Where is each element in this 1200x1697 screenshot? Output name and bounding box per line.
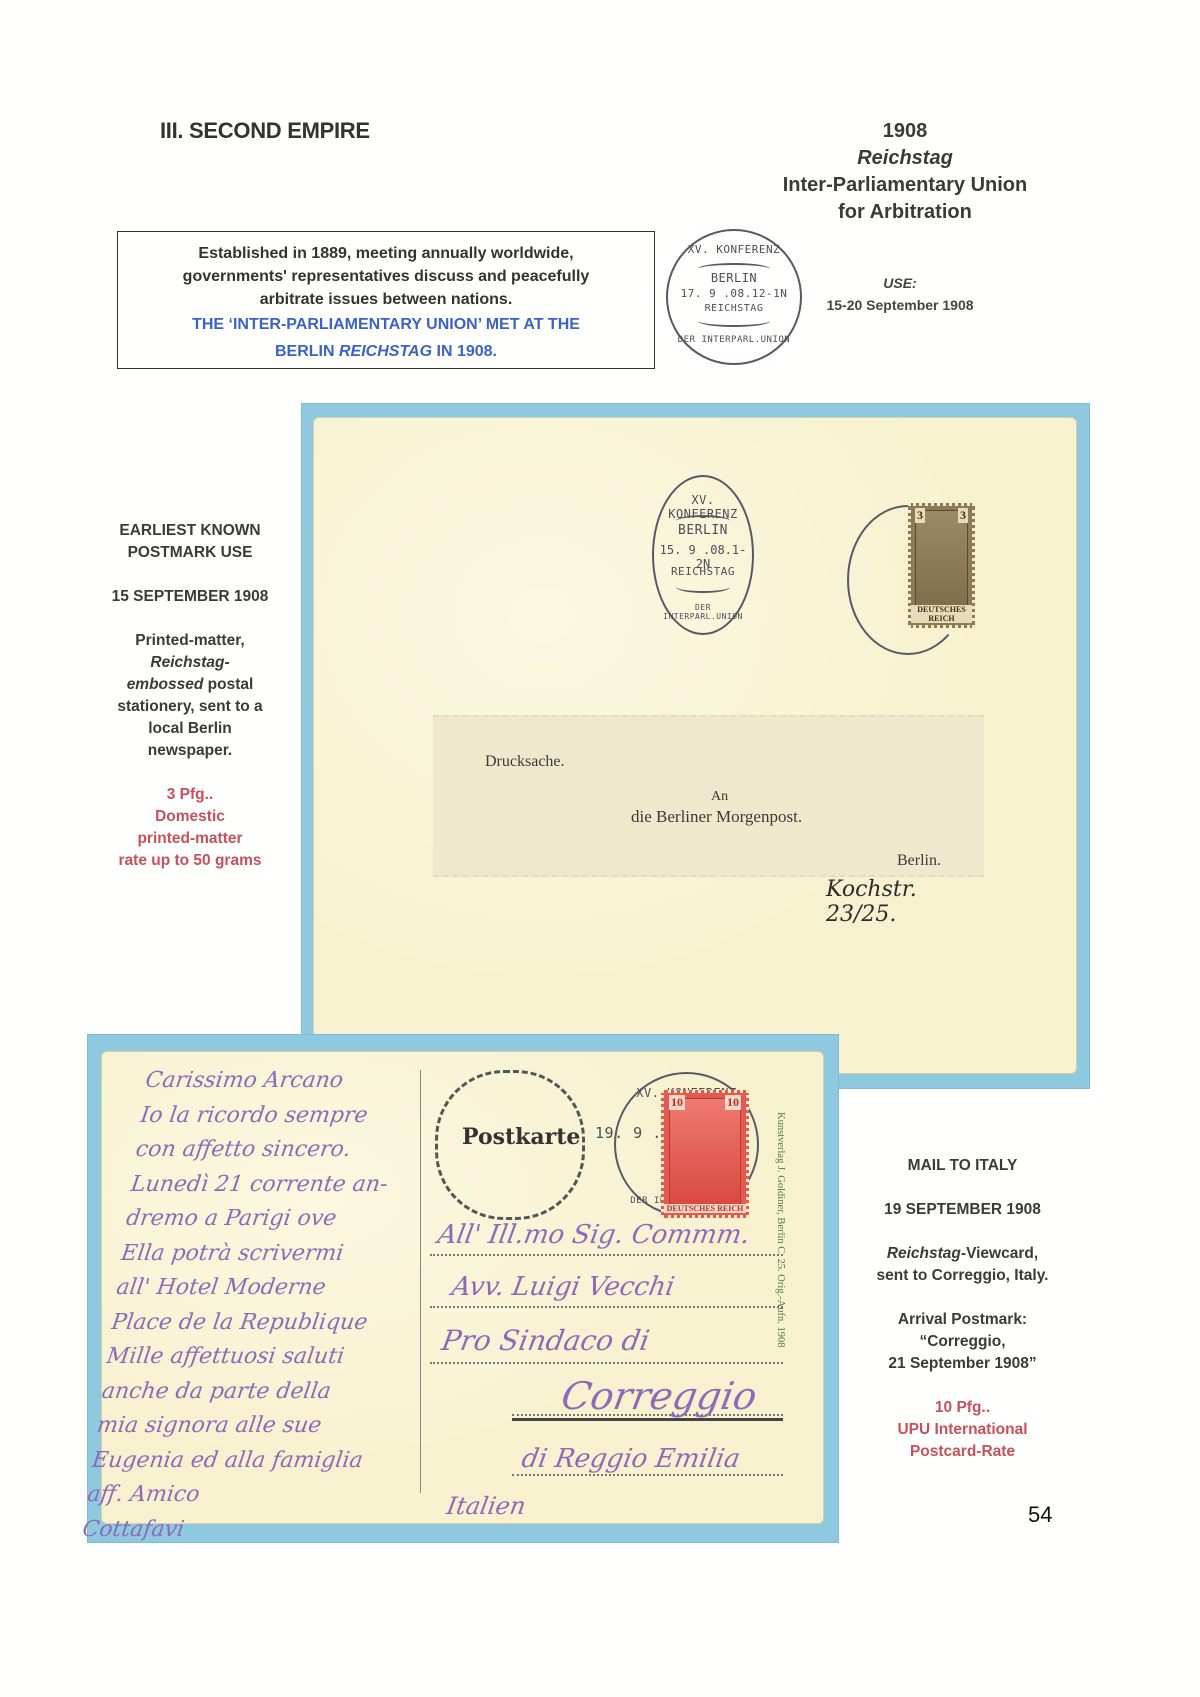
caption-rate: Postcard-Rate <box>855 1441 1070 1463</box>
caption-desc: newspaper. <box>85 740 295 762</box>
message-line: Io la ricordo sempre <box>138 1099 443 1134</box>
section-title: III. SECOND EMPIRE <box>160 118 370 144</box>
message-line: Place de la Republique <box>109 1306 414 1341</box>
message-line: mia signora alle sue <box>95 1409 400 1444</box>
label-to: An <box>711 789 728 805</box>
stamp-value: 3 <box>958 508 968 523</box>
stamp-country: DEUTSCHES REICH <box>664 1204 746 1213</box>
message-line: Carissimo Arcano <box>143 1064 448 1099</box>
postmark-icon: XV. KONFERENZ BERLIN 17. 9 .08.12-1N REI… <box>666 229 802 365</box>
caption-desc: Printed-matter, <box>85 630 295 652</box>
postcard-mount: Carissimo ArcanoIo la ricordo semprecon … <box>87 1034 839 1543</box>
caption-desc: stationery, sent to a <box>85 696 295 718</box>
caption-rate: Domestic <box>85 806 295 828</box>
postmark-place: REICHSTAG <box>668 303 800 314</box>
address-label: Drucksache. An die Berliner Morgenpost. … <box>433 715 984 877</box>
postcard: Carissimo ArcanoIo la ricordo semprecon … <box>101 1051 824 1524</box>
caption-arrival: Arrival Postmark: <box>855 1309 1070 1331</box>
message-line: aff. Amico <box>85 1478 390 1513</box>
envelope-mount: XV. KONFERENZ BERLIN 15. 9 .08.1-2N REIC… <box>301 403 1090 1089</box>
stamp-value: 10 <box>669 1095 685 1110</box>
caption-desc: embossed postal <box>85 674 295 696</box>
caption-rate: 10 Pfg.. <box>855 1397 1070 1419</box>
info-line: Established in 1889, meeting annually wo… <box>118 242 654 265</box>
caption-desc: local Berlin <box>85 718 295 740</box>
address-handwriting: All' Ill.mo Sig. Commm. <box>435 1220 752 1250</box>
caption-date: 15 SEPTEMBER 1908 <box>85 586 295 608</box>
caption-arrival: 21 September 1908” <box>855 1353 1070 1375</box>
address-line <box>512 1474 783 1476</box>
stamp-country: DEUTSCHES REICH <box>911 605 972 623</box>
postmark-top-text: XV. KONFERENZ <box>668 243 800 256</box>
caption-title: POSTMARK USE <box>85 542 295 564</box>
caption-italic: Reichstag <box>887 1245 961 1262</box>
publisher-imprint: Kunstverlag J. Goldiner, Berlin C. 25. O… <box>774 1112 786 1472</box>
caption-arrival: “Correggio, <box>855 1331 1070 1353</box>
stamp-value: 3 <box>915 508 925 523</box>
page-number: 54 <box>1028 1502 1052 1528</box>
card-divider <box>420 1070 421 1493</box>
caption-text: -Viewcard, <box>961 1245 1038 1262</box>
heading-year: 1908 <box>740 118 1070 145</box>
info-highlight: BERLIN REICHSTAG IN 1908. <box>118 338 654 365</box>
caption-text: postal <box>203 676 253 693</box>
message-line: anche da parte della <box>99 1375 404 1410</box>
address-handwriting: di Reggio Emilia <box>519 1444 742 1474</box>
page-heading: 1908 Reichstag Inter-Parliamentary Union… <box>740 118 1070 226</box>
caption-title: MAIL TO ITALY <box>855 1155 1070 1177</box>
stamp-3-pfennig-icon: 3 3 DEUTSCHES REICH <box>908 503 975 628</box>
stamp-10-pfennig-icon: 10 10 DEUTSCHES REICH <box>661 1090 749 1218</box>
postmark-bottom-text: DER INTERPARL.UNION <box>654 603 752 621</box>
caption-desc: Reichstag-Viewcard, <box>855 1243 1070 1265</box>
caption-title: EARLIEST KNOWN <box>85 520 295 542</box>
postmark-place: REICHSTAG <box>654 565 752 578</box>
address-handwriting: Avv. Luigi Vecchi <box>449 1272 676 1302</box>
postmark-city: BERLIN <box>668 271 800 285</box>
caption-desc: Reichstag- <box>85 652 295 674</box>
caption-desc: sent to Correggio, Italy. <box>855 1265 1070 1287</box>
address-line <box>430 1306 783 1308</box>
envelope-caption: EARLIEST KNOWN POSTMARK USE 15 SEPTEMBER… <box>85 520 295 872</box>
caption-date: 19 SEPTEMBER 1908 <box>855 1199 1070 1221</box>
info-line: governments' representatives discuss and… <box>118 265 654 288</box>
label-addressee: die Berliner Morgenpost. <box>631 807 802 827</box>
message-line: Lunedì 21 corrente an- <box>129 1168 434 1203</box>
info-highlight: THE ‘INTER-PARLIAMENTARY UNION’ MET AT T… <box>118 311 654 338</box>
message-line: Cottafavi <box>80 1513 385 1548</box>
address-handwriting: Pro Sindaco di <box>439 1324 652 1357</box>
stamp-value: 10 <box>725 1095 741 1110</box>
info-box: Established in 1889, meeting annually wo… <box>117 231 655 369</box>
caption-italic: embossed <box>127 676 204 693</box>
message-line: Mille affettuosi saluti <box>104 1340 409 1375</box>
caption-rate: UPU International <box>855 1419 1070 1441</box>
message-line: con affetto sincero. <box>133 1133 438 1168</box>
envelope: XV. KONFERENZ BERLIN 15. 9 .08.1-2N REIC… <box>313 417 1077 1074</box>
use-period: USE: 15-20 September 1908 <box>800 272 1000 316</box>
label-mail-type: Drucksache. <box>485 753 565 771</box>
postmark-arc <box>676 581 730 593</box>
postmark-icon: XV. KONFERENZ BERLIN 15. 9 .08.1-2N REIC… <box>652 475 754 635</box>
handwritten-message: Carissimo ArcanoIo la ricordo semprecon … <box>80 1064 448 1547</box>
message-line: all' Hotel Moderne <box>114 1271 419 1306</box>
caption-rate: 3 Pfg.. <box>85 784 295 806</box>
caption-rate: printed-matter <box>85 828 295 850</box>
label-street: Kochstr. 23/25. <box>826 877 984 927</box>
info-line: arbitrate issues between nations. <box>118 288 654 311</box>
highlight-text: IN 1908. <box>432 343 497 360</box>
use-label: USE: <box>800 272 1000 294</box>
address-line <box>430 1254 783 1256</box>
heading-line2: Inter-Parliamentary Union <box>740 172 1070 199</box>
use-dates: 15-20 September 1908 <box>800 294 1000 316</box>
caption-rate: rate up to 50 grams <box>85 850 295 872</box>
heading-line3: for Arbitration <box>740 199 1070 226</box>
postkarte-heading: Postkarte <box>462 1124 580 1150</box>
message-line: Eugenia ed alla famiglia <box>90 1444 395 1479</box>
address-underline <box>512 1418 783 1421</box>
heading-subject: Reichstag <box>740 145 1070 172</box>
highlight-text: BERLIN <box>275 343 339 360</box>
postcard-caption: MAIL TO ITALY 19 SEPTEMBER 1908 Reichsta… <box>855 1155 1070 1463</box>
postmark-arc <box>698 315 770 327</box>
postmark-date: 17. 9 .08.12-1N <box>668 287 800 300</box>
postmark-bottom-text: DER INTERPARL.UNION <box>668 335 800 345</box>
label-city: Berlin. <box>897 852 941 870</box>
message-line: dremo a Parigi ove <box>124 1202 429 1237</box>
stamp-design <box>669 1098 741 1210</box>
highlight-italic: REICHSTAG <box>339 343 432 360</box>
address-handwriting: Correggio <box>558 1374 760 1418</box>
message-line: Ella potrà scrivermi <box>119 1237 424 1272</box>
address-line <box>430 1362 783 1364</box>
address-handwriting: Italien <box>445 1492 528 1520</box>
postmark-city: BERLIN <box>654 523 752 538</box>
